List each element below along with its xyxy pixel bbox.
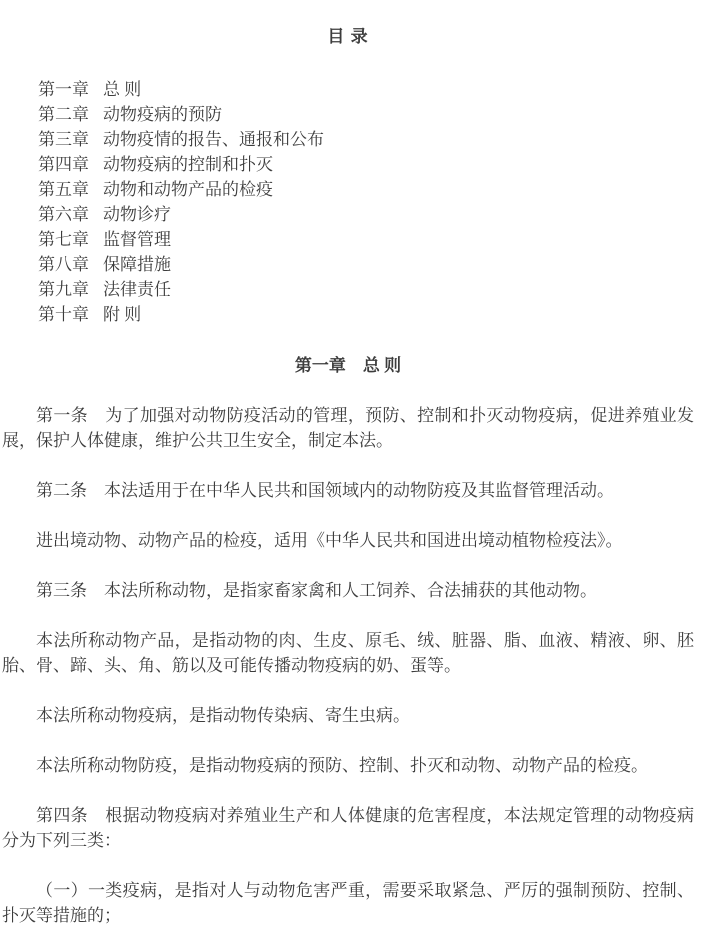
paragraph-article-4: 第四条 根据动物疫病对养殖业生产和人体健康的危害程度，本法规定管理的动物疫病分为… <box>2 803 694 853</box>
toc-chapter-title: 法律责任 <box>103 280 171 299</box>
toc-chapter-number: 第三章 <box>38 127 103 152</box>
toc-chapter-number: 第二章 <box>38 102 103 127</box>
toc-row: 第九章法律责任 <box>2 277 694 302</box>
paragraph-article-3: 第三条 本法所称动物，是指家畜家禽和人工饲养、合法捕获的其他动物。 <box>2 578 694 603</box>
paragraph-article-4-item-1: （一）一类疫病，是指对人与动物危害严重，需要采取紧急、严厉的强制预防、控制、扑灭… <box>2 878 694 928</box>
toc-chapter-title: 动物疫病的控制和扑灭 <box>103 155 273 174</box>
toc-chapter-title: 附 则 <box>103 305 141 324</box>
toc-chapter-title: 总 则 <box>103 80 141 99</box>
toc-row: 第三章动物疫情的报告、通报和公布 <box>2 127 694 152</box>
toc-row: 第十章附 则 <box>2 302 694 327</box>
table-of-contents: 第一章总 则 第二章动物疫病的预防 第三章动物疫情的报告、通报和公布 第四章动物… <box>2 77 694 327</box>
paragraph-article-3-cont-1: 本法所称动物产品，是指动物的肉、生皮、原毛、绒、脏器、脂、血液、精液、卵、胚胎、… <box>2 628 694 678</box>
toc-chapter-title: 保障措施 <box>103 255 171 274</box>
document-page: 目 录 第一章总 则 第二章动物疫病的预防 第三章动物疫情的报告、通报和公布 第… <box>0 0 702 931</box>
chapter-heading: 第一章 总 则 <box>2 353 694 378</box>
toc-chapter-title: 动物疫病的预防 <box>103 105 222 124</box>
toc-chapter-number: 第六章 <box>38 202 103 227</box>
toc-row: 第二章动物疫病的预防 <box>2 102 694 127</box>
toc-row: 第五章动物和动物产品的检疫 <box>2 177 694 202</box>
toc-chapter-title: 动物和动物产品的检疫 <box>103 180 273 199</box>
paragraph-article-3-cont-2: 本法所称动物疫病，是指动物传染病、寄生虫病。 <box>2 703 694 728</box>
toc-chapter-number: 第八章 <box>38 252 103 277</box>
paragraph-article-2-cont: 进出境动物、动物产品的检疫，适用《中华人民共和国进出境动植物检疫法》。 <box>2 528 694 553</box>
toc-chapter-title: 动物疫情的报告、通报和公布 <box>103 130 324 149</box>
toc-row: 第一章总 则 <box>2 77 694 102</box>
toc-chapter-number: 第五章 <box>38 177 103 202</box>
toc-row: 第四章动物疫病的控制和扑灭 <box>2 152 694 177</box>
toc-row: 第八章保障措施 <box>2 252 694 277</box>
paragraph-article-1: 第一条 为了加强对动物防疫活动的管理，预防、控制和扑灭动物疫病，促进养殖业发展，… <box>2 403 694 453</box>
toc-chapter-number: 第十章 <box>38 302 103 327</box>
toc-chapter-number: 第四章 <box>38 152 103 177</box>
paragraph-article-2: 第二条 本法适用于在中华人民共和国领域内的动物防疫及其监督管理活动。 <box>2 478 694 503</box>
paragraph-article-3-cont-3: 本法所称动物防疫，是指动物疫病的预防、控制、扑灭和动物、动物产品的检疫。 <box>2 753 694 778</box>
toc-title: 目 录 <box>2 24 694 49</box>
toc-chapter-title: 监督管理 <box>103 230 171 249</box>
toc-chapter-title: 动物诊疗 <box>103 205 171 224</box>
toc-row: 第七章监督管理 <box>2 227 694 252</box>
toc-chapter-number: 第一章 <box>38 77 103 102</box>
toc-chapter-number: 第九章 <box>38 277 103 302</box>
toc-row: 第六章动物诊疗 <box>2 202 694 227</box>
toc-chapter-number: 第七章 <box>38 227 103 252</box>
